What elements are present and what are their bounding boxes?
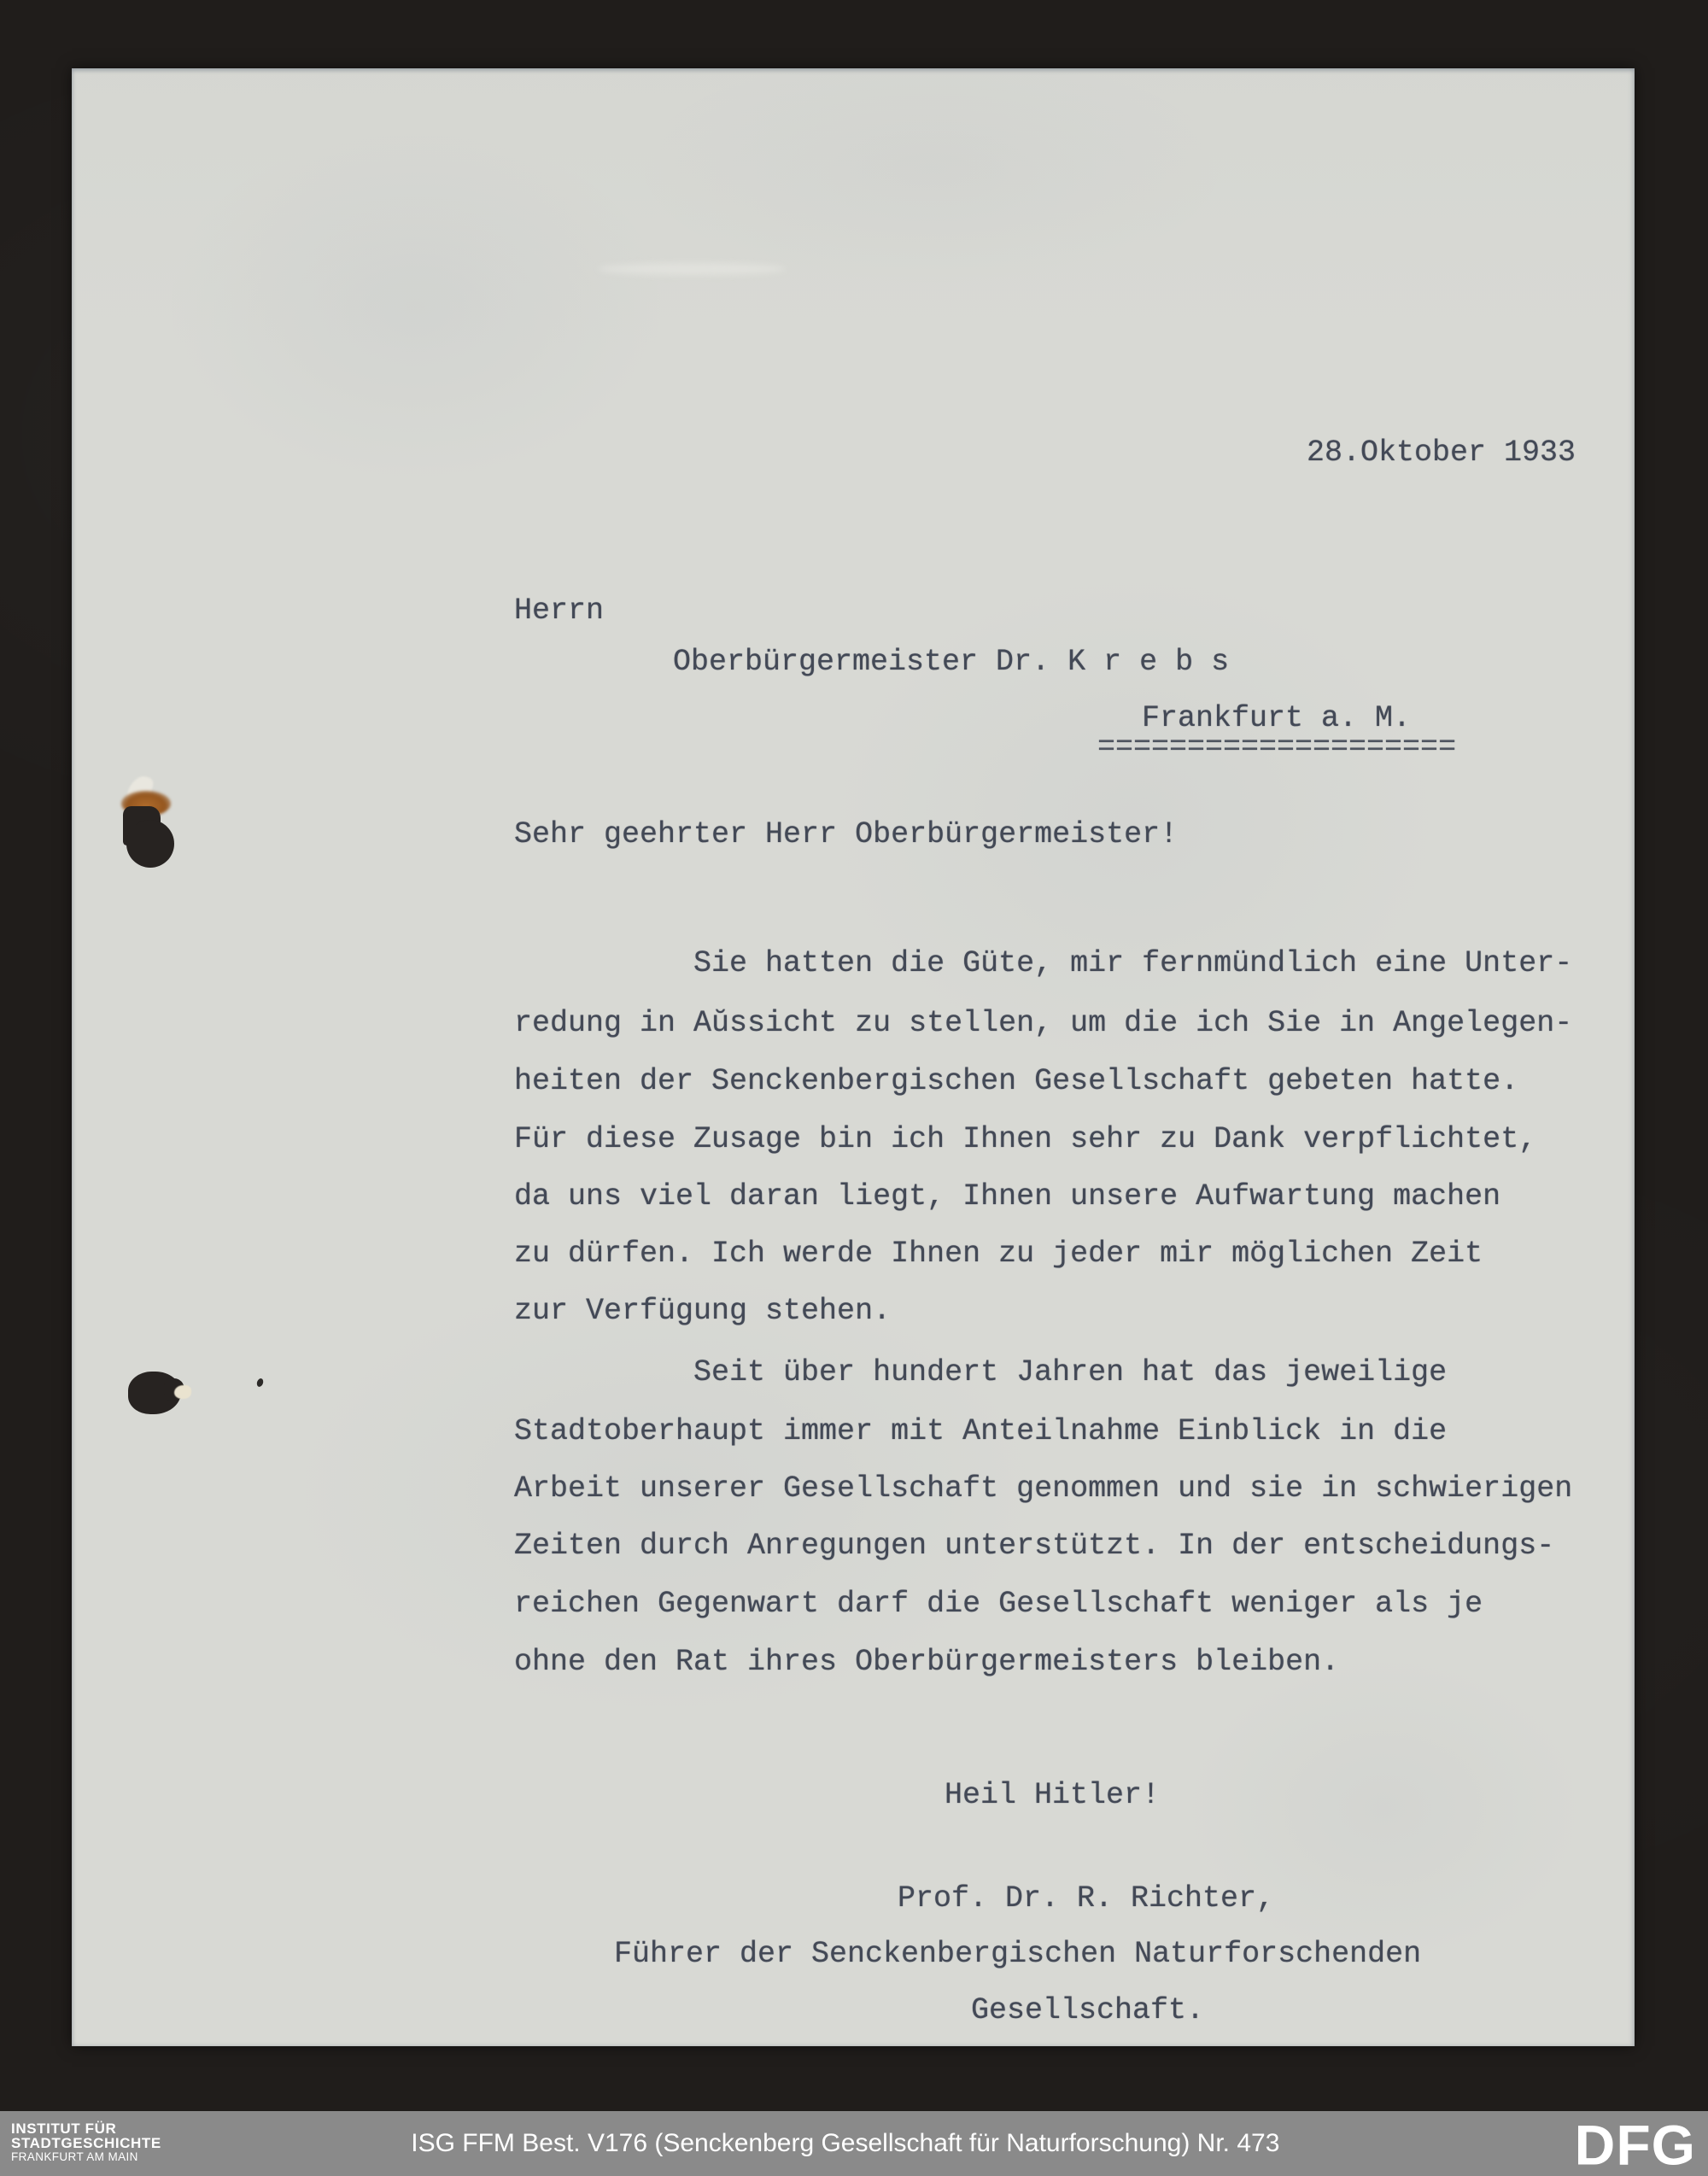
paper-chip (174, 1385, 191, 1399)
body-line: da uns viel daran liegt, Ihnen unsere Au… (514, 1182, 1500, 1212)
body-line: Sie hatten die Güte, mir fernmündlich ei… (514, 949, 1572, 979)
signature-name: Prof. Dr. R. Richter, (898, 1884, 1274, 1914)
paper-damage-hole-top (116, 775, 179, 873)
body-line: Stadtoberhaupt immer mit Anteilnahme Ein… (514, 1417, 1447, 1447)
letter-date: 28.Oktober 1933 (1307, 438, 1576, 468)
recipient-line-herrn: Herrn (514, 596, 604, 626)
body-line: reichen Gegenwart darf die Gesellschaft … (514, 1589, 1483, 1619)
isg-logo-line3: FRANKFURT AM MAIN (11, 2150, 161, 2164)
recipient-line-name: Oberbürgermeister Dr. K r e b s (673, 647, 1229, 677)
body-line: Zeiten durch Anregungen unterstützt. In … (514, 1531, 1554, 1561)
body-line: Arbeit unserer Gesellschaft genommen und… (514, 1474, 1572, 1504)
recipient-line-city: Frankfurt a. M. (1142, 704, 1411, 734)
dfg-logo: DFG (1575, 2113, 1696, 2176)
body-line: ohne den Rat ihres Oberbürgermeisters bl… (514, 1647, 1339, 1677)
signature-title: Führer der Senckenbergischen Naturforsch… (614, 1939, 1421, 1969)
salutation: Sehr geehrter Herr Oberbürgermeister! (514, 820, 1178, 850)
body-line: zur Verfügung stehen. (514, 1296, 891, 1326)
body-line: Seit über hundert Jahren hat das jeweili… (514, 1358, 1447, 1388)
isg-institute-logo: INSTITUT FÜR STADTGESCHICHTE FRANKFURT A… (11, 2121, 161, 2164)
isg-logo-line2: STADTGESCHICHTE (11, 2136, 161, 2150)
recipient-underline: ==================== (1097, 733, 1456, 763)
letter-document: 28.Oktober 1933 Herrn Oberbürgermeister … (72, 68, 1635, 2046)
archive-footer-bar: INSTITUT FÜR STADTGESCHICHTE FRANKFURT A… (0, 2111, 1708, 2176)
signature-title-2: Gesellschaft. (971, 1996, 1204, 2026)
archive-scan-page: 28.Oktober 1933 Herrn Oberbürgermeister … (0, 0, 1708, 2176)
isg-logo-line1: INSTITUT FÜR (11, 2121, 161, 2136)
body-line: redung in Aŭssicht zu stellen, um die ic… (514, 1009, 1572, 1038)
paper-damage-hole-bottom (126, 1368, 195, 1419)
body-line: heiten der Senckenbergischen Gesellschaf… (514, 1067, 1518, 1097)
archive-reference-text: ISG FFM Best. V176 (Senckenberg Gesellsc… (411, 2129, 1279, 2158)
hole-shadow (126, 820, 174, 868)
closing-salute: Heil Hitler! (945, 1781, 1160, 1810)
body-line: Für diese Zusage bin ich Ihnen sehr zu D… (514, 1125, 1536, 1155)
body-line: zu dürfen. Ich werde Ihnen zu jeder mir … (514, 1239, 1483, 1269)
paper-crease (598, 263, 786, 275)
paper-speck (256, 1378, 265, 1388)
